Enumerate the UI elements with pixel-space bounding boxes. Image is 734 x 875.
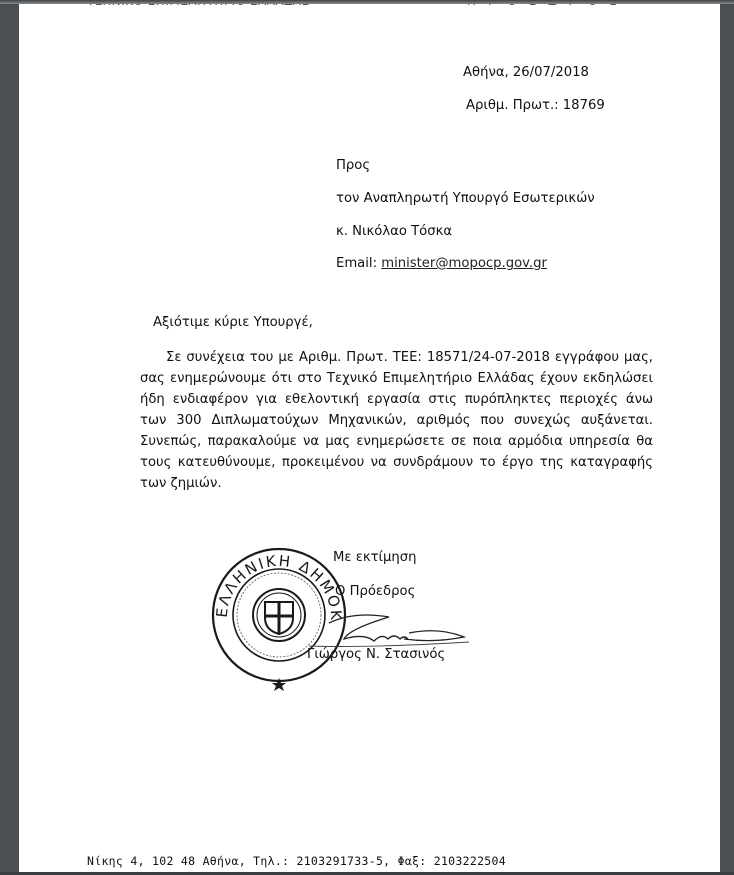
salutation: Αξιότιμε κύριε Υπουργέ, xyxy=(153,315,313,331)
body-paragraph: Σε συνέχεια του με Αριθμ. Πρωτ. ΤΕΕ: 185… xyxy=(140,347,653,494)
footer-address: Νίκης 4, 102 48 Αθήνα, Τηλ.: 2103291733-… xyxy=(87,854,506,868)
recipient-name: κ. Νικόλαο Τόσκα xyxy=(336,224,452,240)
document-page: ΤΕΧΝΙΚΟ ΕΠΙΜΕΛΗΤΗΡΙΟ ΕΛΛΑΔΑΣ ΠΡΟΕΔΡΟΣ Αθ… xyxy=(19,3,720,873)
viewer-scrollbar-area[interactable] xyxy=(720,0,734,875)
viewer-toolbar-edge xyxy=(0,0,734,4)
protocol-number: Αριθμ. Πρωτ.: 18769 xyxy=(466,98,605,114)
email-link[interactable]: minister@mopocp.gov.gr xyxy=(381,256,547,271)
email-label: Email: xyxy=(336,256,377,271)
handwritten-signature-icon xyxy=(309,603,469,663)
recipient-title: τον Αναπληρωτή Υπουργό Εσωτερικών xyxy=(336,191,595,207)
recipient-to-label: Προς xyxy=(336,158,370,174)
viewer-left-margin xyxy=(0,0,19,875)
place-date: Αθήνα, 26/07/2018 xyxy=(463,65,589,81)
recipient-email-line: Email: minister@mopocp.gov.gr xyxy=(336,256,547,272)
